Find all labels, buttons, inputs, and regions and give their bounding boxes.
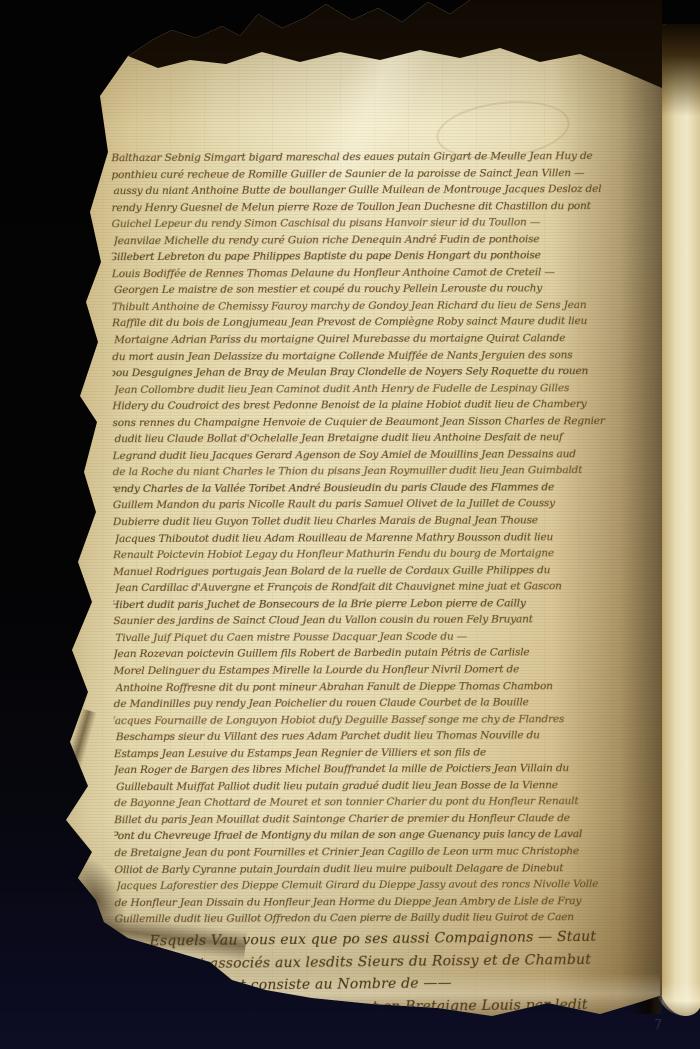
manuscript-line: dudit lieu Claude Bollat d'Ochelalle Jea… [115,429,649,448]
manuscript-page: Balthazar Sebnig Simgart bigard marescha… [0,0,700,1049]
manuscript-line: Mortaigne Adrian Pariss du mortaigne Qui… [114,330,648,349]
faint-corner-mark: 7 [654,1018,662,1033]
manuscript-line: et sua base Vault blans Coubault en prop… [146,1015,661,1043]
manuscript-line: rendy Charles de la Vallée Toribet André… [111,479,644,498]
manuscript-line: Guillebault Muiffat Palliot dudit lieu p… [116,777,649,796]
manuscript-line: Georgen Le maistre de son mestier et cou… [114,280,648,299]
manuscript-line: Hidery du Coudroict des brest Pedonne Be… [112,396,646,415]
manuscript-line: Gillebert Lebreton du pape Philippes Bap… [111,247,643,266]
manuscript-scan-background: Balthazar Sebnig Simgart bigard marescha… [0,0,700,1049]
manuscript-line: Beschamps sieur du Villant des rues Adam… [116,727,649,746]
mold-patch [58,640,70,710]
manuscript-line: Hibert dudit paris Juchet de Bonsecours … [111,595,644,614]
ink-blot [72,116,89,138]
manuscript-line: aussy du niant Anthoine Butte de boullan… [113,181,647,200]
manuscript-line: Comune non compris ceux quy sont en Bret… [118,993,661,1021]
manuscript-line: rendy Henry Guesnel de Melun pierre Roze… [112,197,646,216]
manuscript-closing: Esquels Vau vous eux que po ses aussi Co… [115,925,661,1043]
manuscript-line: Pont du Chevreuge Ifrael de Montigny du … [111,826,645,845]
manuscript-line: Balthazar Sebnig Simgart bigard marescha… [111,148,645,167]
mold-patch [52,296,65,382]
manuscript-line: Anthoine Roffresne dit du pont mineur Ab… [116,677,649,696]
manuscript-line: Jacques Laforestier des Dieppe Clemuit G… [116,876,648,895]
next-folio-edge [656,24,700,1016]
manuscript-line: Tivalle Juif Piquet du Caen mistre Pouss… [115,628,648,647]
manuscript-body: Balthazar Sebnig Simgart bigard marescha… [111,148,648,930]
manuscript-line: Jacques Thiboutot dudit lieu Adam Rouill… [115,528,649,547]
mold-patch [56,138,71,196]
manuscript-line: Jean Collombre dudit lieu Jean Caminot d… [114,379,648,398]
manuscript-line: Guillemille dudit lieu Guillot Offredon … [115,909,649,928]
manuscript-line: de Bretaigne Jean du pont Fournilles et … [114,843,648,862]
